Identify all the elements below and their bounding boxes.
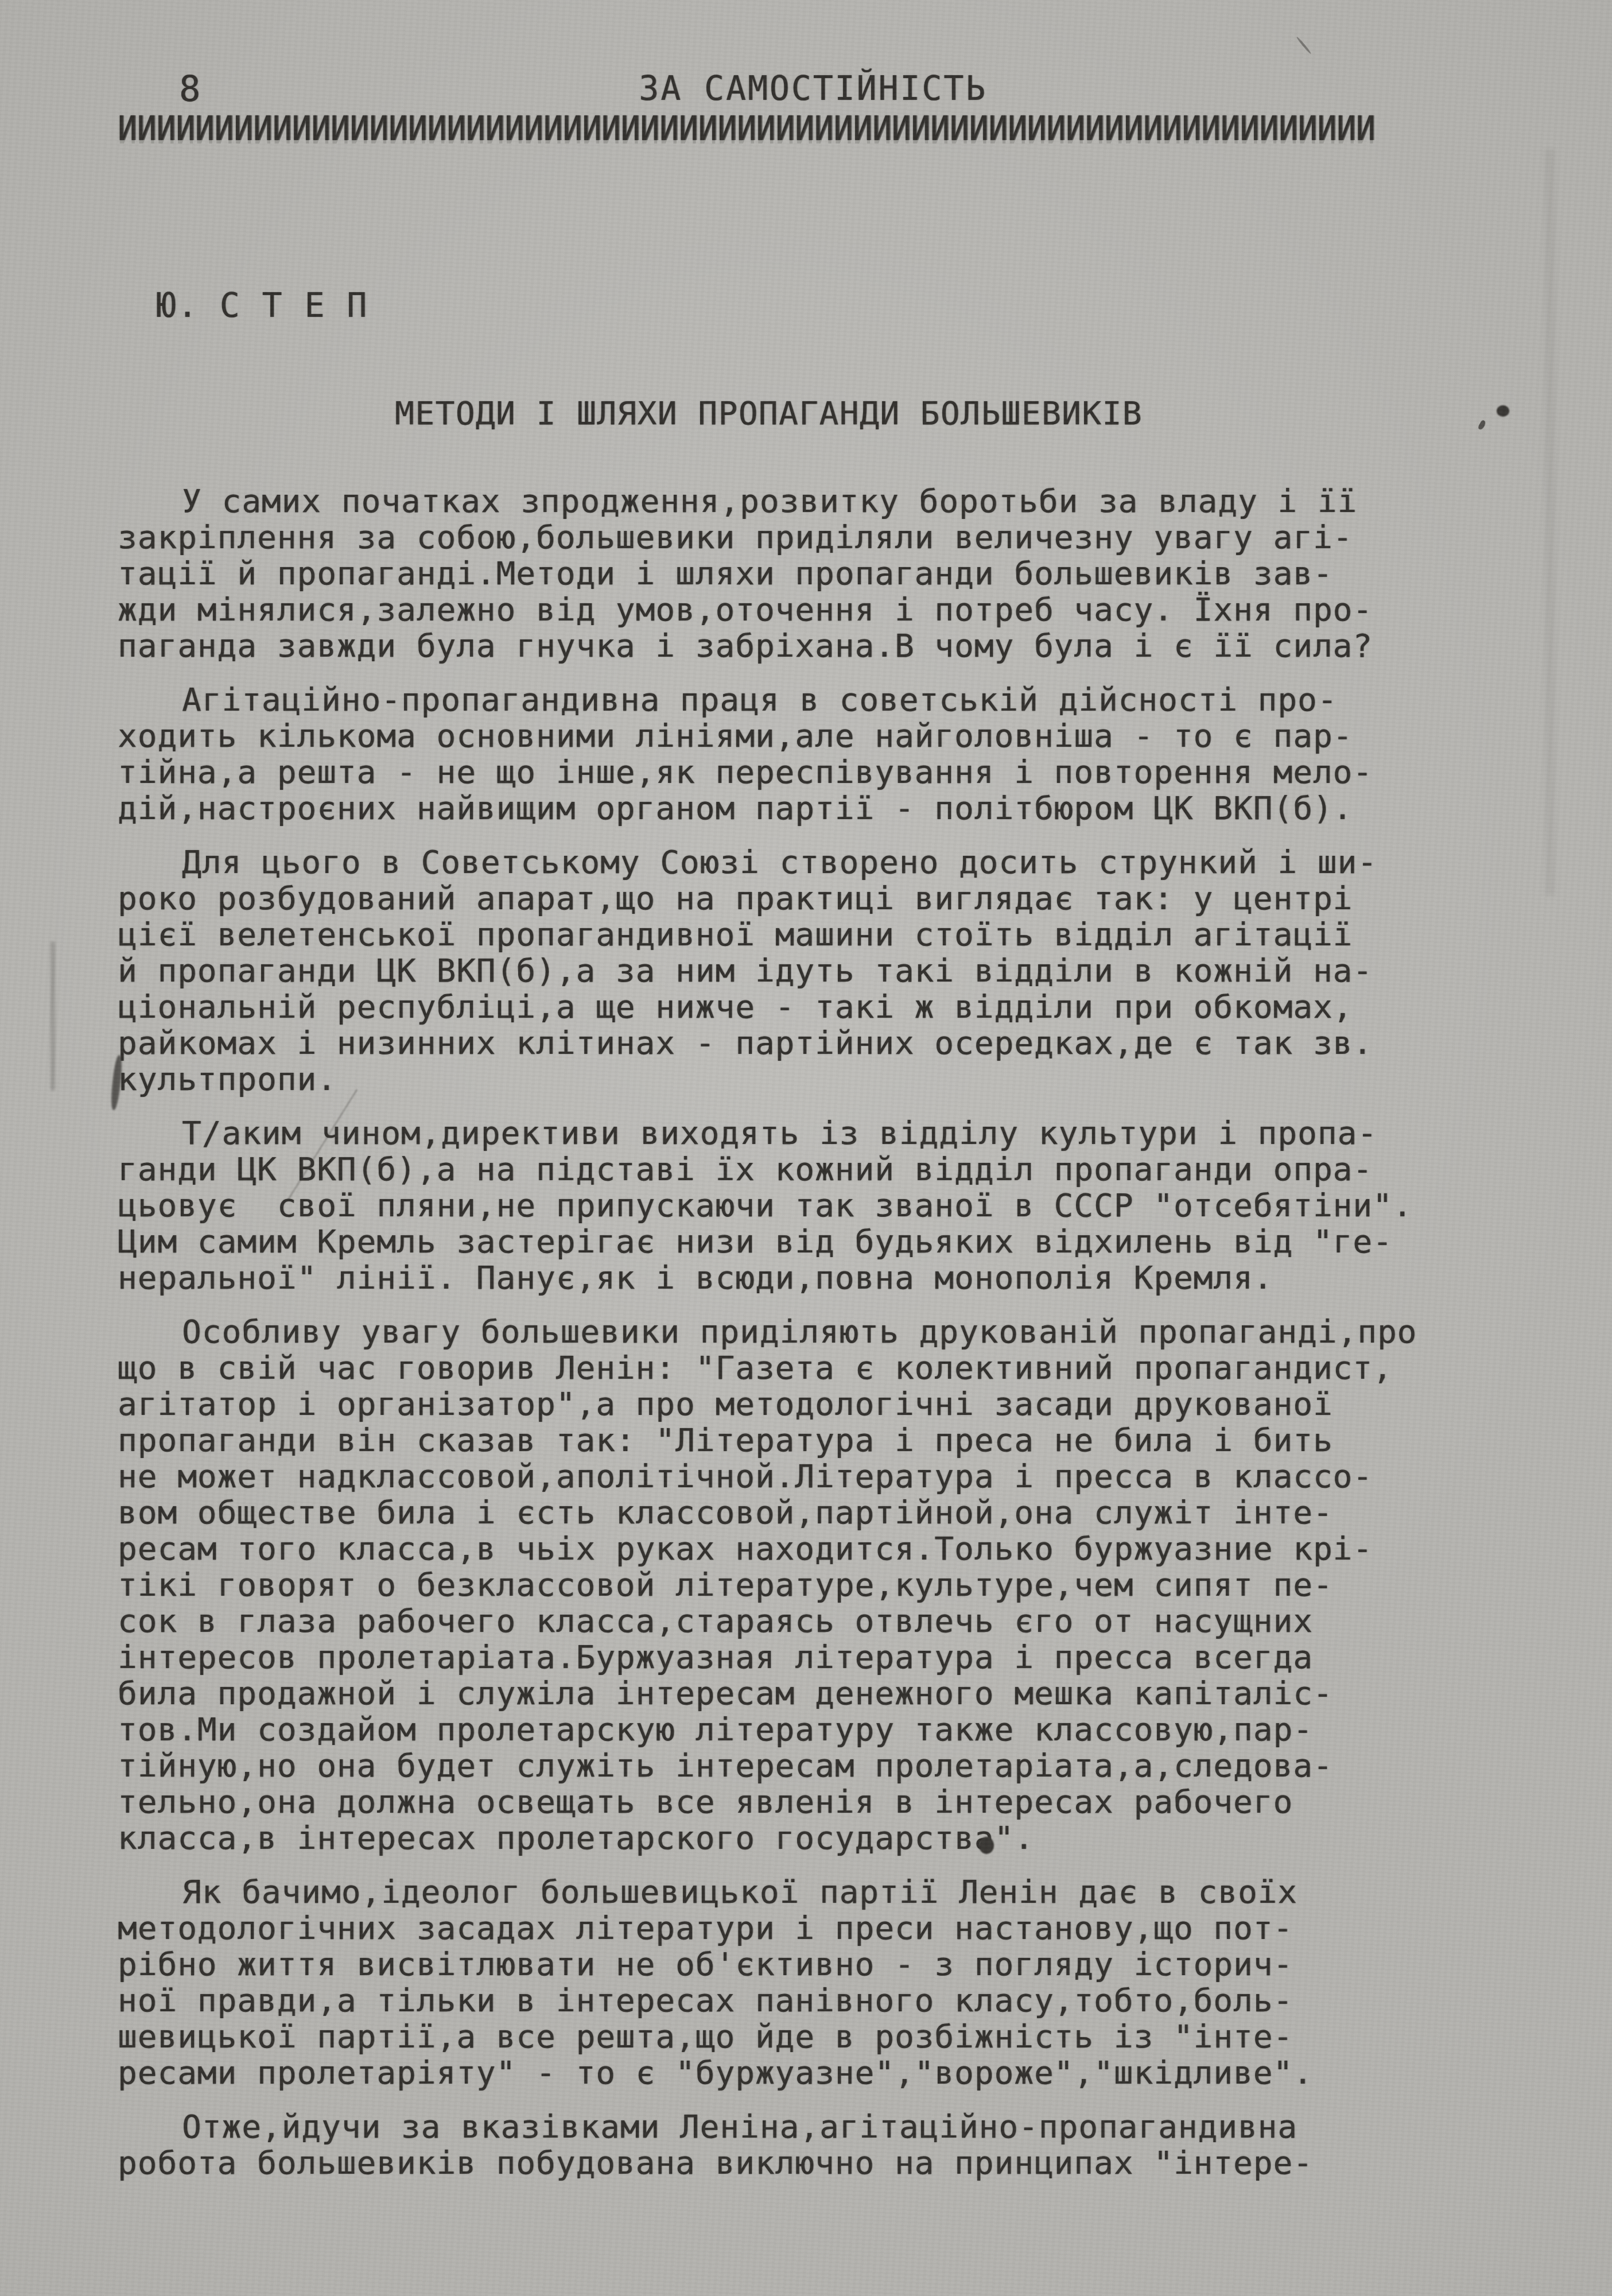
text-line: Особливу увагу большевики приділяють дру… — [118, 1314, 1535, 1350]
text-line: робота большевиків побудована виключно н… — [118, 2145, 1535, 2181]
text-line: тельно,она должна освещать все явленія в… — [118, 1784, 1535, 1820]
text-line: райкомах і низинних клітинах - партійних… — [118, 1025, 1535, 1061]
text-line: У самих початках зпродження,розвитку бор… — [118, 483, 1535, 519]
text-line: вом обществе била і єсть классовой,парті… — [118, 1495, 1535, 1531]
paragraph: Як бачимо,ідеолог большевицької партії Л… — [118, 1874, 1535, 2091]
paragraph: Агітаційно-пропагандивна праця в советсь… — [118, 682, 1535, 827]
scan-streak — [51, 941, 55, 1091]
text-line: Агітаційно-пропагандивна праця в советсь… — [118, 682, 1535, 718]
text-line: ної правди,а тільки в інтересах панівног… — [118, 1983, 1535, 2019]
typed-divider-line: ИИИИИИИИИИИИИИИИИИИИИИИИИИИИИИИИИИИИИИИИ… — [118, 109, 1375, 148]
text-line: сок в глаза рабочего класса,стараясь отв… — [118, 1603, 1535, 1639]
text-line: тікі говорят о безклассовой літературе,к… — [118, 1567, 1535, 1603]
paragraph: Особливу увагу большевики приділяють дру… — [118, 1314, 1535, 1856]
text-line: тов.Ми создайом пролетарскую літературу … — [118, 1712, 1535, 1748]
article-body: У самих початках зпродження,розвитку бор… — [118, 483, 1535, 2199]
text-line: не может надклассовой,аполітічной.Літера… — [118, 1459, 1535, 1495]
text-line: ресам того класса,в чьіх руках находится… — [118, 1531, 1535, 1567]
text-line: ресами пролетаріяту" - то є "буржуазне",… — [118, 2055, 1535, 2091]
text-line: закріплення за собою,большевики приділял… — [118, 519, 1535, 556]
text-line: жди мінялися,залежно від умов,оточення і… — [118, 592, 1535, 628]
ink-speck — [1497, 405, 1509, 417]
text-line: дій,настроєних найвищим органом партії -… — [118, 790, 1535, 827]
text-line: Т/аким чином,директиви виходять із відді… — [118, 1115, 1535, 1151]
text-line: рібно життя висвітлювати не об'єктивно -… — [118, 1946, 1535, 1983]
text-line: ціональній республіці,а ще нижче - такі … — [118, 989, 1535, 1025]
text-line: роко розбудований апарат,що на практиці … — [118, 881, 1535, 917]
text-line: тійна,а решта - не що інше,як переспівув… — [118, 754, 1535, 790]
text-line: Цим самим Кремль застерігає низи від буд… — [118, 1224, 1535, 1260]
text-line: шевицької партії,а все решта,що йде в ро… — [118, 2019, 1535, 2055]
text-line: паганда завжди була гнучка і забріхана.В… — [118, 628, 1535, 664]
text-line: методологічних засадах літератури і прес… — [118, 1910, 1535, 1946]
text-line: цьовує свої пляни,не припускаючи так зва… — [118, 1188, 1535, 1224]
text-line: Отже,йдучи за вказівками Леніна,агітацій… — [118, 2109, 1535, 2145]
text-line: неральної" лінії. Панує,як і всюди,повна… — [118, 1260, 1535, 1296]
text-line: Як бачимо,ідеолог большевицької партії Л… — [118, 1874, 1535, 1910]
text-line: ганди ЦК ВКП(б),а на підставі їх кожний … — [118, 1151, 1535, 1188]
newspaper-masthead: ЗА САМОСТІЙНІСТЬ — [639, 69, 987, 108]
paper-fold-shadow — [1543, 149, 1557, 895]
ink-speck — [1478, 420, 1487, 430]
text-line: й пропаганди ЦК ВКП(б),а за ним ідуть та… — [118, 953, 1535, 989]
text-line: пропаганди він сказав так: "Література і… — [118, 1422, 1535, 1459]
text-line: інтересов пролетаріата.Буржуазная літера… — [118, 1639, 1535, 1676]
text-line: культпропи. — [118, 1061, 1535, 1097]
paragraph: У самих початках зпродження,розвитку бор… — [118, 483, 1535, 664]
text-line: била продажной і служіла інтересам денеж… — [118, 1676, 1535, 1712]
text-line: що в свій час говорив Ленін: "Газета є к… — [118, 1350, 1535, 1386]
text-line: ходить кількома основними лініями,але на… — [118, 718, 1535, 754]
paragraph: Для цього в Советському Союзі створено д… — [118, 844, 1535, 1097]
text-line: цієї велетенської пропагандивної машини … — [118, 917, 1535, 953]
text-line: тійную,но она будет служіть інтересам пр… — [118, 1748, 1535, 1784]
article-title: МЕТОДИ І ШЛЯХИ ПРОПАГАНДИ БОЛЬШЕВИКІВ — [395, 395, 1143, 432]
text-line: Для цього в Советському Союзі створено д… — [118, 844, 1535, 881]
text-line: класса,в інтересах пролетарского государ… — [118, 1820, 1535, 1856]
scratch-mark — [1296, 36, 1311, 55]
page-number: 8 — [179, 68, 200, 110]
scanned-newspaper-page: 8 ЗА САМОСТІЙНІСТЬ ИИИИИИИИИИИИИИИИИИИИИ… — [0, 0, 1612, 2296]
text-line: тації й пропаганді.Методи і шляхи пропаг… — [118, 556, 1535, 592]
paragraph: Т/аким чином,директиви виходять із відді… — [118, 1115, 1535, 1296]
text-line: агітатор і організатор",а про методологі… — [118, 1386, 1535, 1422]
author-byline: Ю. С Т Е П — [156, 286, 368, 325]
paragraph: Отже,йдучи за вказівками Леніна,агітацій… — [118, 2109, 1535, 2181]
